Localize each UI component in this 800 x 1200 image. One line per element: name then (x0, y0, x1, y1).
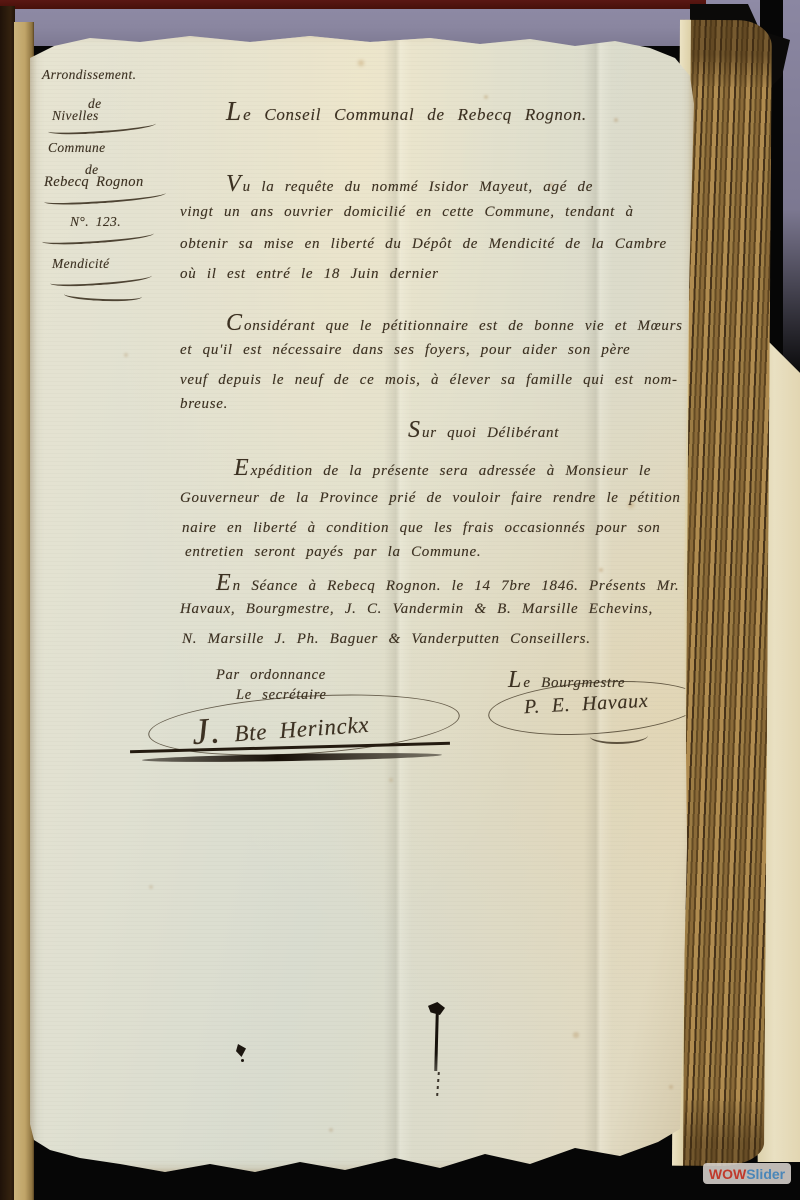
book-gutter-shadow (0, 6, 15, 1200)
archive-photo-scene: Arrondissement. de Nivelles Commune de R… (0, 0, 800, 1200)
signature-right-tail-flourish (590, 728, 648, 744)
flourish-under-mendicite-1 (50, 271, 152, 288)
para4-line1: En Séance à Rebecq Rognon. le 14 7bre 18… (216, 571, 679, 595)
para2-line3: veuf depuis le neuf de ce mois, à élever… (180, 373, 678, 388)
para4-line3: N. Marsille J. Ph. Baguer & Vanderputten… (182, 632, 591, 647)
para2-line4: breuse. (180, 397, 228, 412)
signature-left-ordonnance: Par ordonnance (216, 668, 326, 683)
flourish-under-rebecq (44, 188, 166, 206)
para4-line2: Havaux, Bourgmestre, J. C. Vandermin & B… (180, 602, 653, 617)
margin-note-rebecq-rognon: Rebecq Rognon (44, 175, 144, 190)
document-title: Le Conseil Communal de Rebecq Rognon. (226, 98, 587, 125)
fold-crease-left (384, 24, 412, 1174)
fold-crease-right (584, 24, 612, 1174)
flourish-under-mendicite-2 (64, 288, 142, 303)
para2-line2: et qu'il est nécessaire dans ses foyers,… (180, 343, 630, 358)
para3-line3: naire en liberté à condition que les fra… (182, 521, 661, 536)
margin-note-nivelles: Nivelles (52, 109, 99, 123)
margin-note-commune: Commune (48, 141, 106, 155)
para1-line2: vingt un ans ouvrier domicilié en cette … (180, 205, 634, 220)
para1-line4: où il est entré le 18 Juin dernier (180, 267, 439, 282)
para1-line1: Vu la requête du nommé Isidor Mayeut, ag… (226, 172, 593, 196)
margin-note-number: N°. 123. (70, 215, 121, 229)
deliberation-line: Sur quoi Délibérant (408, 418, 559, 442)
ink-blot-drip (428, 1002, 445, 1015)
para3-line4: entretien seront payés par la Commune. (185, 545, 481, 560)
margin-note-arrondissement: Arrondissement. (42, 68, 136, 82)
watermark-slider-text: Slider (746, 1166, 785, 1182)
para3-line1: Expédition de la présente sera adressée … (234, 456, 651, 480)
margin-note-mendicite: Mendicité (52, 257, 110, 271)
para1-line3: obtenir sa mise en liberté du Dépôt de M… (180, 237, 667, 252)
para3-line2: Gouverneur de la Province prié de vouloi… (180, 491, 681, 506)
book-cover-edge (0, 0, 706, 9)
wowslider-watermark[interactable]: WOWSlider (703, 1163, 791, 1184)
para2-line1: Considérant que le pétitionnaire est de … (226, 311, 683, 335)
manuscript-page: Arrondissement. de Nivelles Commune de R… (30, 24, 694, 1174)
ink-blot-small (236, 1044, 246, 1057)
watermark-wow-text: WOW (709, 1166, 746, 1182)
flourish-under-number (42, 229, 154, 247)
